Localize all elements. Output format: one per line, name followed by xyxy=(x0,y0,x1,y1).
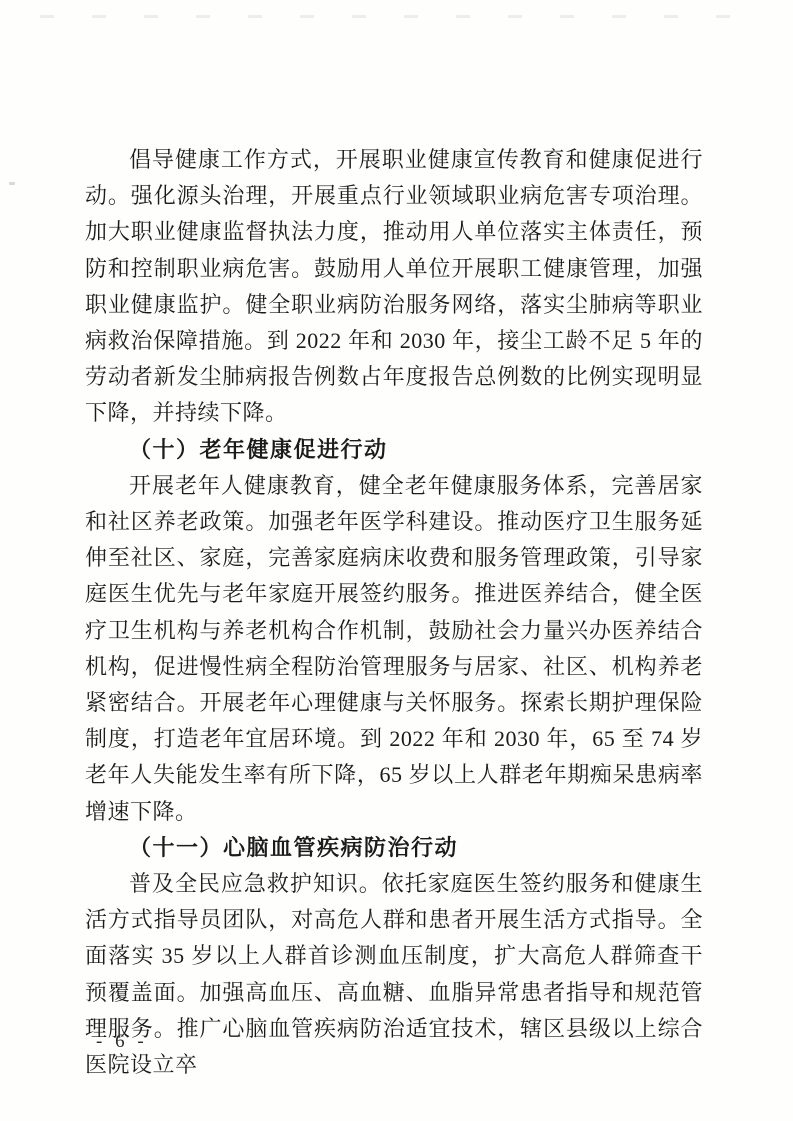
paragraph-cardiovascular: 普及全民应急救护知识。依托家庭医生签约服务和健康生活方式指导员团队，对高危人群和… xyxy=(85,866,703,1083)
document-body: 倡导健康工作方式，开展职业健康宣传教育和健康促进行动。强化源头治理，开展重点行业… xyxy=(85,142,703,1083)
scan-artifact-speck xyxy=(9,182,15,185)
paragraph-occupational-health: 倡导健康工作方式，开展职业健康宣传教育和健康促进行动。强化源头治理，开展重点行业… xyxy=(85,142,703,432)
scan-artifact-top xyxy=(40,15,760,18)
paragraph-elderly-health: 开展老年人健康教育，健全老年健康服务体系，完善居家和社区养老政策。加强老年医学科… xyxy=(85,468,703,830)
page-number: - 6 - xyxy=(96,1031,166,1053)
section-heading-cardiovascular: （十一）心脑血管疾病防治行动 xyxy=(85,830,703,866)
scanned-document-page: 倡导健康工作方式，开展职业健康宣传教育和健康促进行动。强化源头治理，开展重点行业… xyxy=(0,0,793,1121)
section-heading-elderly-health: （十）老年健康促进行动 xyxy=(85,432,703,468)
